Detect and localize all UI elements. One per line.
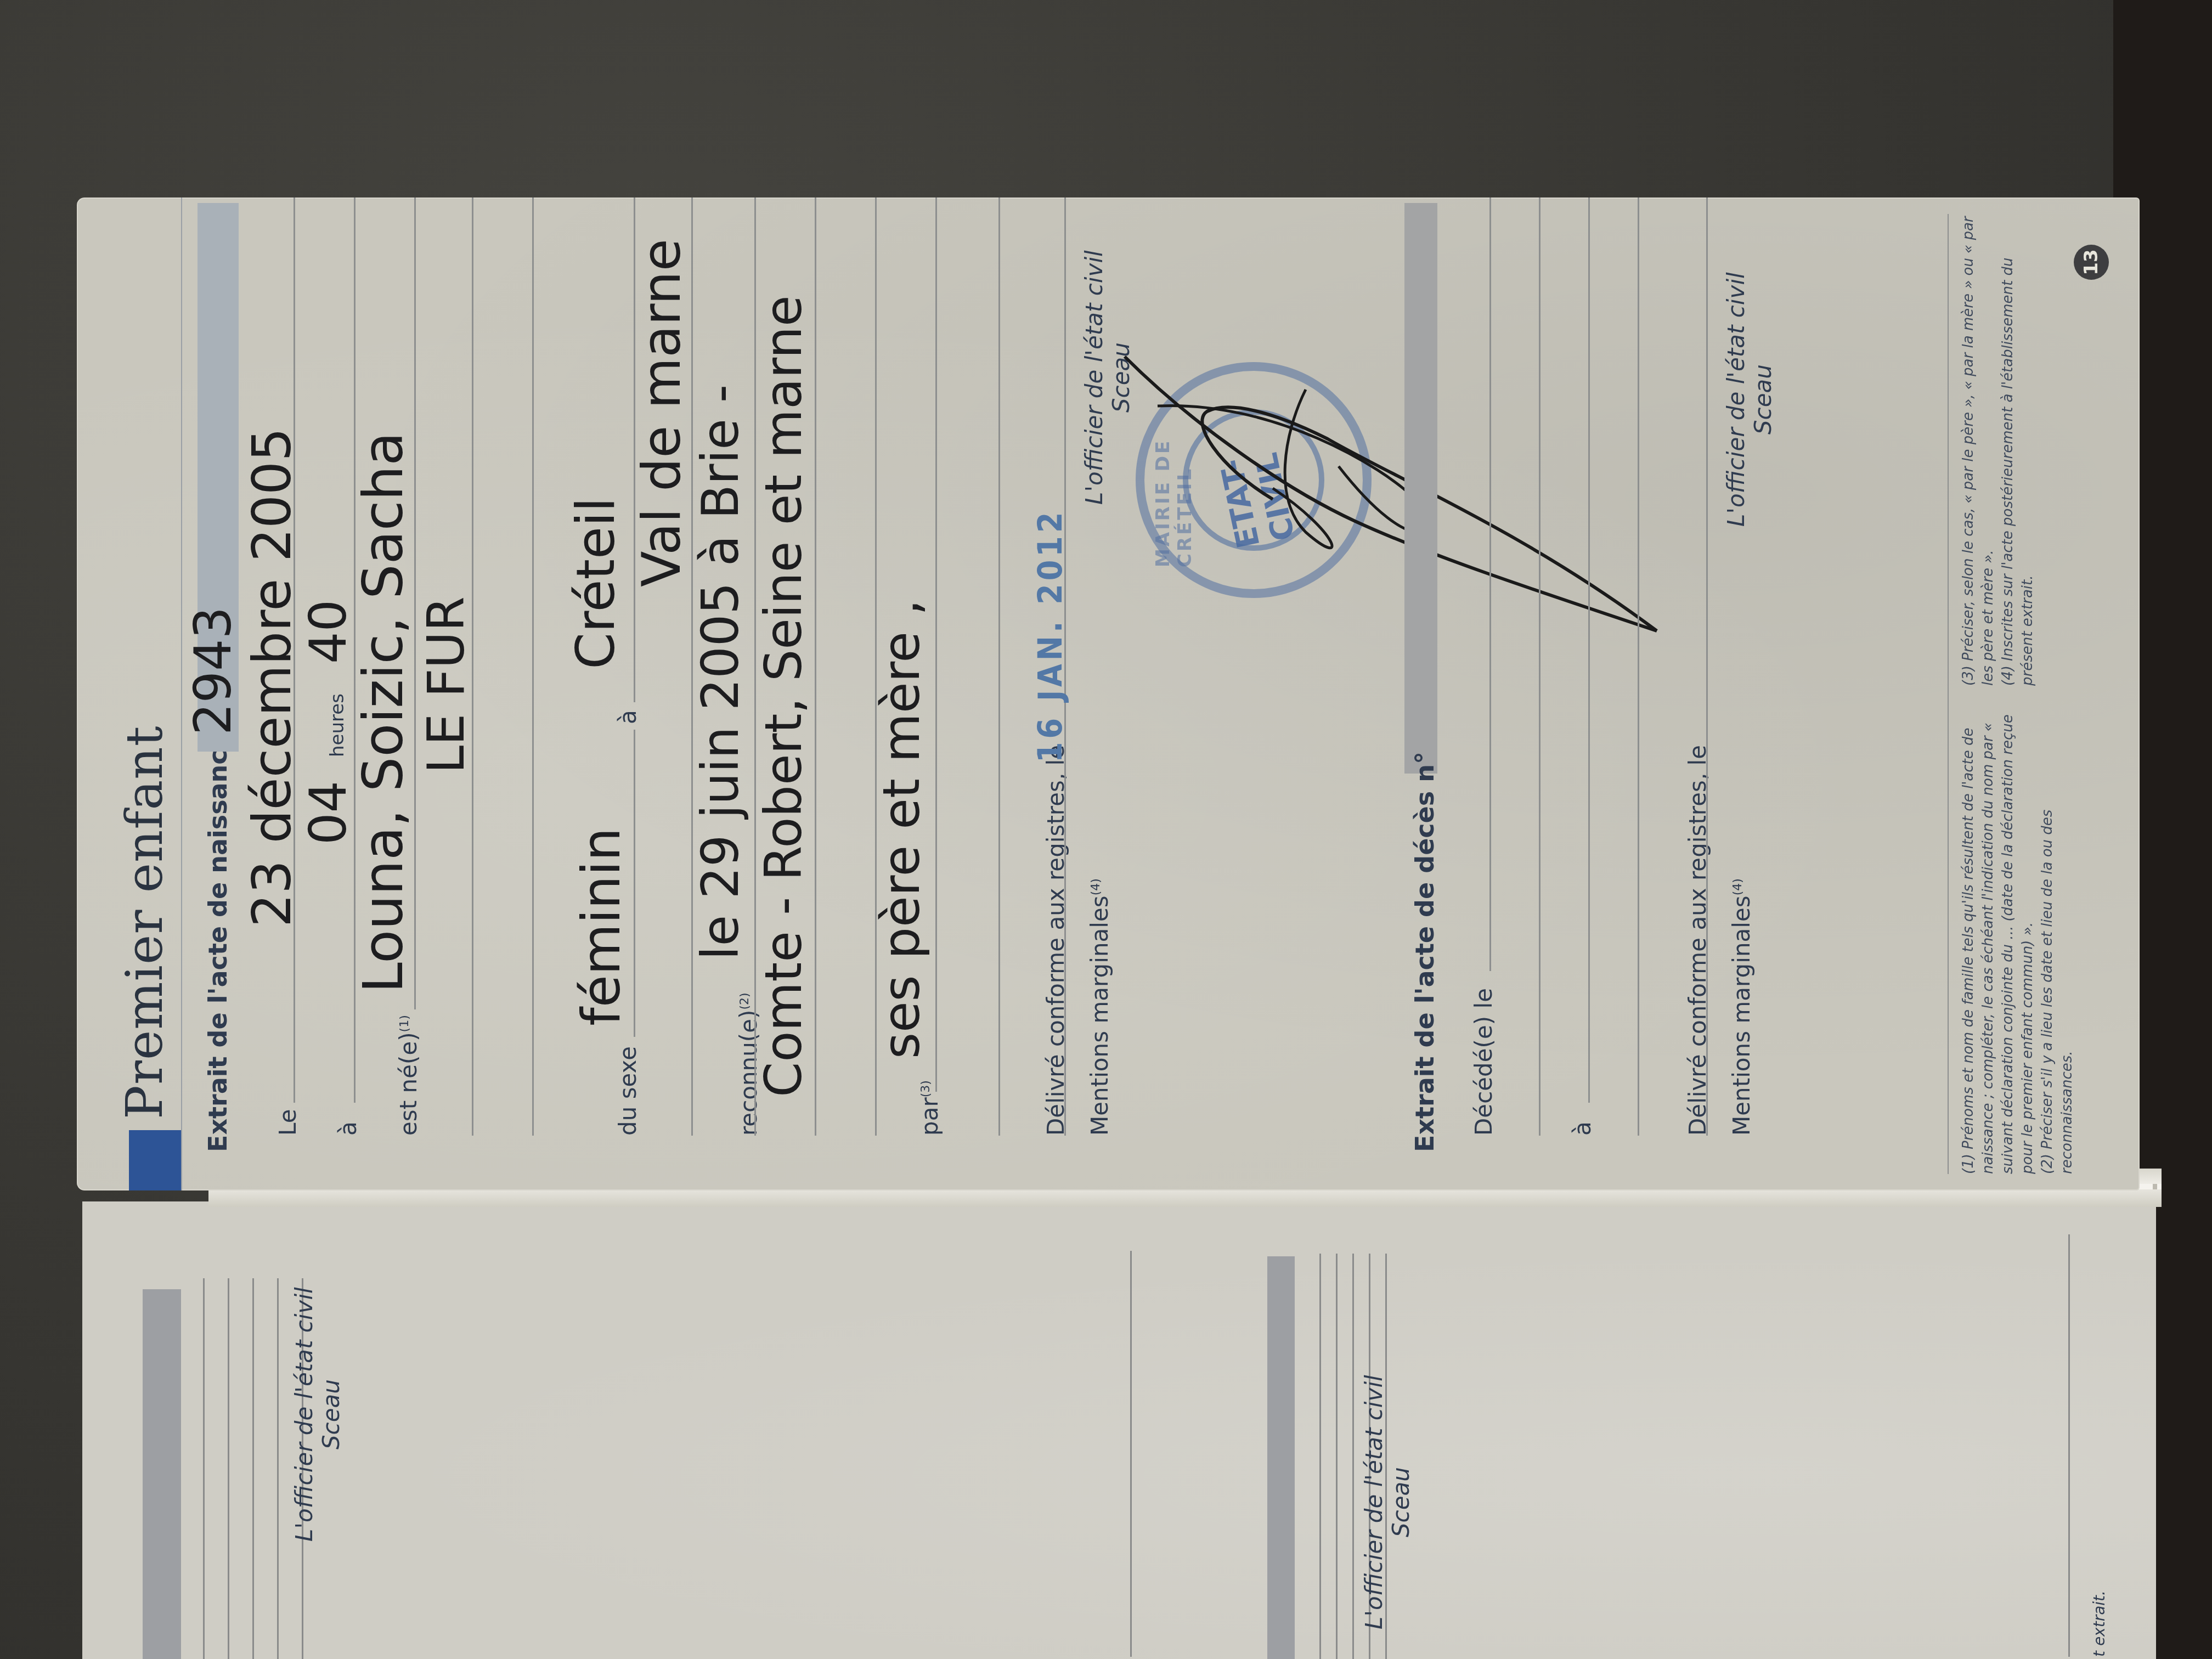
death-extract-heading: Extrait de l'acte de décès n° [1410,752,1440,1152]
by-line [935,198,937,1092]
time-hours-value: 04 [299,781,358,845]
act-number-value: 2943 [184,607,242,735]
family-name-value: LE FUR [417,596,476,774]
left-page-officer-label-1: L'officier de l'état civil Sceau [291,1287,345,1542]
left-page-paper [82,1201,2156,1659]
recognized-value-line2: Comte - Robert, Seine et marne [754,295,813,1097]
sex-line [634,730,635,1037]
recognized-line-2 [815,198,816,1136]
section-title: Premier enfant [115,726,174,1119]
time-minutes-value: 40 [299,600,358,664]
marginal-label: Mentions marginales(4) [1086,878,1113,1136]
death-place-line [1588,198,1590,1103]
death-delivered-line [1706,198,1708,1136]
footnote-1: (1) Prénoms et nom de famille tels qu'il… [1959,702,2038,1174]
footnote-divider [1948,214,1949,1174]
officer-signature [1108,313,1684,697]
deceased-label: Décédé(e) le [1470,988,1497,1136]
born-label: est né(e)(1) [395,1015,422,1136]
footnote-3: (3) Préciser, selon le cas, « par le pèr… [1959,214,1998,686]
right-page: Premier enfant Extrait de l'acte de nais… [77,198,2140,1190]
page-number-badge: 13 [2074,245,2109,280]
date-label: Le [274,1109,301,1136]
left-page-rule [203,1278,205,1659]
left-page-rule [1336,1254,1338,1659]
section-accent-bar [129,1130,181,1190]
given-names-value: Louna, Soizic, Sacha [351,432,415,993]
livret-page: Premier enfant Extrait de l'acte de nais… [77,198,2140,1190]
death-officer-label: L'officier de l'état civilSceau [1723,272,1776,527]
left-page-shade-bar-2 [1267,1256,1295,1659]
left-page-edge-text: t extrait. [2090,1590,2108,1657]
sex-value: féminin [571,828,632,1026]
birth-place-city: Créteil [565,498,627,670]
left-page-rule [1319,1254,1321,1659]
blank-line [532,198,534,1136]
blank-line [1638,198,1639,1136]
left-page-rule [228,1278,229,1659]
blank-line [1539,198,1541,1136]
left-page-officer-label-2: L'officier de l'état civil Sceau [1361,1375,1414,1629]
recognized-value-line1: le 29 juin 2005 à Brie - [691,385,750,960]
blank-line [998,198,1000,1136]
left-page-divider [1130,1251,1132,1657]
by-label: par(3) [916,1080,943,1136]
death-act-number-field [1404,203,1437,774]
footnotes-right: (3) Préciser, selon le cas, « par le pèr… [1959,214,2077,686]
title-divider [181,198,182,1190]
death-marginal-label: Mentions marginales(4) [1728,878,1755,1136]
left-page-rule [1352,1254,1354,1659]
sex-label: du sexe [614,1046,641,1136]
by-value: ses père et mère , [872,600,931,1059]
birth-place-department: Val de marne [631,239,692,587]
footnote-4: (4) Inscrites sur l'acte postérieurement… [1998,214,2038,686]
left-page-shade-bar-1 [143,1289,181,1659]
delivered-date-stamp: 16 JAN. 2012 [1031,509,1070,763]
birth-place-label: à [614,710,641,724]
hours-label: heures [326,693,348,757]
birth-extract-heading: Extrait de l'acte de naissance n° [203,693,233,1152]
death-place-label: à [1569,1121,1596,1136]
footnote-2: (2) Préciser s'il y a lieu les date et l… [2038,702,2077,1174]
time-place-label: à [335,1121,362,1136]
deceased-line [1489,198,1491,971]
left-page-footnote-rule [2068,1234,2070,1657]
footnotes-left: (1) Prénoms et nom de famille tels qu'il… [1959,702,2077,1174]
footnotes: (1) Prénoms et nom de famille tels qu'il… [1959,214,2077,1174]
left-page-rule [252,1278,254,1659]
birth-date-value: 23 décembre 2005 [241,428,303,927]
left-page-rule [277,1278,279,1659]
left-page: L'officier de l'état civil Sceau L'offic… [82,1201,2156,1659]
